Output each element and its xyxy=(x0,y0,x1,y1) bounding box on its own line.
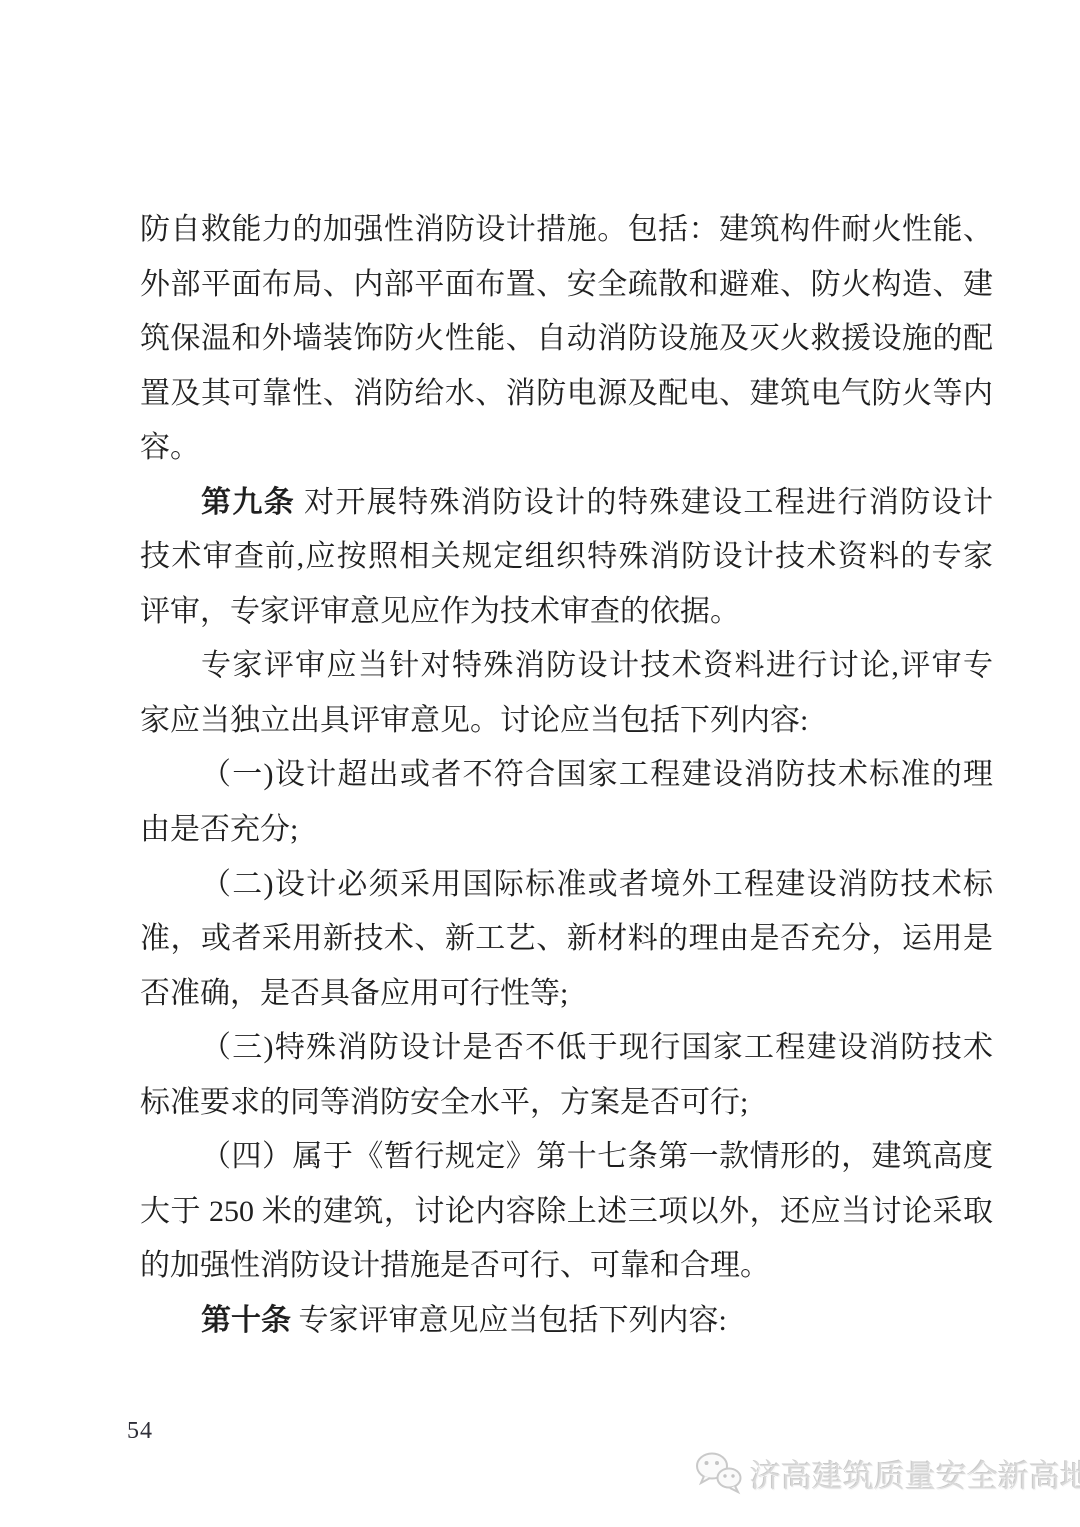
text-line: （一)设计超出或者不符合国家工程建设消防技术标准的理 xyxy=(140,748,993,803)
text-segment: 否准确，是否具备应用可行性等; xyxy=(140,977,568,1010)
text-segment: （四）属于《暂行规定》第十七条第一款情形的，建筑高度 xyxy=(201,1140,993,1173)
page-number: 54 xyxy=(127,1418,153,1445)
text-segment: 的加强性消防设计措施是否可行、可靠和合理。 xyxy=(140,1249,770,1282)
text-line: 的加强性消防设计措施是否可行、可靠和合理。 xyxy=(140,1239,993,1294)
text-segment: 由是否充分; xyxy=(140,813,298,846)
text-segment: （三)特殊消防设计是否不低于现行国家工程建设消防技术 xyxy=(201,1031,993,1064)
text-segment: 大于 250 米的建筑，讨论内容除上述三项以外，还应当讨论采取 xyxy=(140,1195,993,1228)
text-segment: 外部平面布局、内部平面布置、安全疏散和避难、防火构造、建 xyxy=(140,268,993,301)
text-line: 第十条 专家评审意见应当包括下列内容: xyxy=(140,1294,993,1349)
text-segment: 技术审查前,应按照相关规定组织特殊消防设计技术资料的专家 xyxy=(140,540,993,573)
text-segment: 筑保温和外墙装饰防火性能、自动消防设施及灭火救援设施的配 xyxy=(140,322,993,355)
text-segment: 准，或者采用新技术、新工艺、新材料的理由是否充分，运用是 xyxy=(140,922,993,955)
document-body: 防自救能力的加强性消防设计措施。包括：建筑构件耐火性能、外部平面布局、内部平面布… xyxy=(140,203,993,1348)
text-line: 技术审查前,应按照相关规定组织特殊消防设计技术资料的专家 xyxy=(140,530,993,585)
text-segment: 置及其可靠性、消防给水、消防电源及配电、建筑电气防火等内 xyxy=(140,377,993,410)
text-line: 专家评审应当针对特殊消防设计技术资料进行讨论,评审专 xyxy=(140,639,993,694)
text-segment: （二)设计必须采用国际标准或者境外工程建设消防技术标 xyxy=(201,868,993,901)
document-page: 防自救能力的加强性消防设计措施。包括：建筑构件耐火性能、外部平面布局、内部平面布… xyxy=(0,0,1080,1527)
text-line: 外部平面布局、内部平面布置、安全疏散和避难、防火构造、建 xyxy=(140,258,993,313)
text-segment: 家应当独立出具评审意见。讨论应当包括下列内容: xyxy=(140,704,808,737)
text-line: 置及其可靠性、消防给水、消防电源及配电、建筑电气防火等内 xyxy=(140,367,993,422)
text-line: 准，或者采用新技术、新工艺、新材料的理由是否充分，运用是 xyxy=(140,912,993,967)
text-line: 筑保温和外墙装饰防火性能、自动消防设施及灭火救援设施的配 xyxy=(140,312,993,367)
text-line: 大于 250 米的建筑，讨论内容除上述三项以外，还应当讨论采取 xyxy=(140,1185,993,1240)
text-line: （二)设计必须采用国际标准或者境外工程建设消防技术标 xyxy=(140,858,993,913)
text-segment: 容。 xyxy=(140,431,200,464)
text-segment: （一)设计超出或者不符合国家工程建设消防技术标准的理 xyxy=(201,758,993,791)
article-number: 第十条 xyxy=(201,1304,291,1337)
wechat-icon xyxy=(694,1450,744,1496)
text-segment: 防自救能力的加强性消防设计措施。包括：建筑构件耐火性能、 xyxy=(140,213,993,246)
text-line: 由是否充分; xyxy=(140,803,993,858)
article-number: 第九条 xyxy=(201,486,295,519)
text-line: 评审，专家评审意见应作为技术审查的依据。 xyxy=(140,585,993,640)
text-line: 家应当独立出具评审意见。讨论应当包括下列内容: xyxy=(140,694,993,749)
text-segment: 专家评审应当针对特殊消防设计技术资料进行讨论,评审专 xyxy=(201,649,993,682)
text-segment: 对开展特殊消防设计的特殊建设工程进行消防设计 xyxy=(295,486,993,519)
text-line: 容。 xyxy=(140,421,993,476)
watermark: 济高建筑质量安全新高地 xyxy=(694,1450,1080,1496)
text-line: 标准要求的同等消防安全水平，方案是否可行; xyxy=(140,1076,993,1131)
text-line: 防自救能力的加强性消防设计措施。包括：建筑构件耐火性能、 xyxy=(140,203,993,258)
text-line: （四）属于《暂行规定》第十七条第一款情形的，建筑高度 xyxy=(140,1130,993,1185)
text-line: （三)特殊消防设计是否不低于现行国家工程建设消防技术 xyxy=(140,1021,993,1076)
text-segment: 专家评审意见应当包括下列内容: xyxy=(291,1304,727,1337)
text-segment: 评审，专家评审意见应作为技术审查的依据。 xyxy=(140,595,740,628)
text-line: 第九条 对开展特殊消防设计的特殊建设工程进行消防设计 xyxy=(140,476,993,531)
watermark-text: 济高建筑质量安全新高地 xyxy=(750,1451,1080,1496)
text-line: 否准确，是否具备应用可行性等; xyxy=(140,967,993,1022)
text-segment: 标准要求的同等消防安全水平，方案是否可行; xyxy=(140,1086,748,1119)
